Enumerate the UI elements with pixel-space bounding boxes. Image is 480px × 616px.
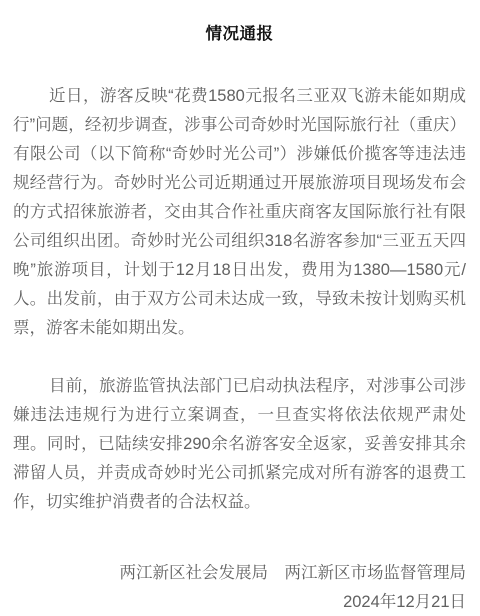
signature-agencies: 两江新区社会发展局 两江新区市场监督管理局 xyxy=(13,559,466,588)
notice-paragraph-2: 目前，旅游监管执法部门已启动执法程序，对涉事公司涉嫌违法违规行为进行立案调查，一… xyxy=(13,372,466,517)
notice-paragraph-1: 近日，游客反映“花费1580元报名三亚双飞游未能如期成行”问题，经初步调查，涉事… xyxy=(13,82,466,343)
notice-title: 情况通报 xyxy=(13,22,466,46)
signature-block: 两江新区社会发展局 两江新区市场监督管理局 2024年12月21日 xyxy=(13,559,466,616)
notice-document: 情况通报 近日，游客反映“花费1580元报名三亚双飞游未能如期成行”问题，经初步… xyxy=(0,0,480,616)
signature-date: 2024年12月21日 xyxy=(13,588,466,616)
